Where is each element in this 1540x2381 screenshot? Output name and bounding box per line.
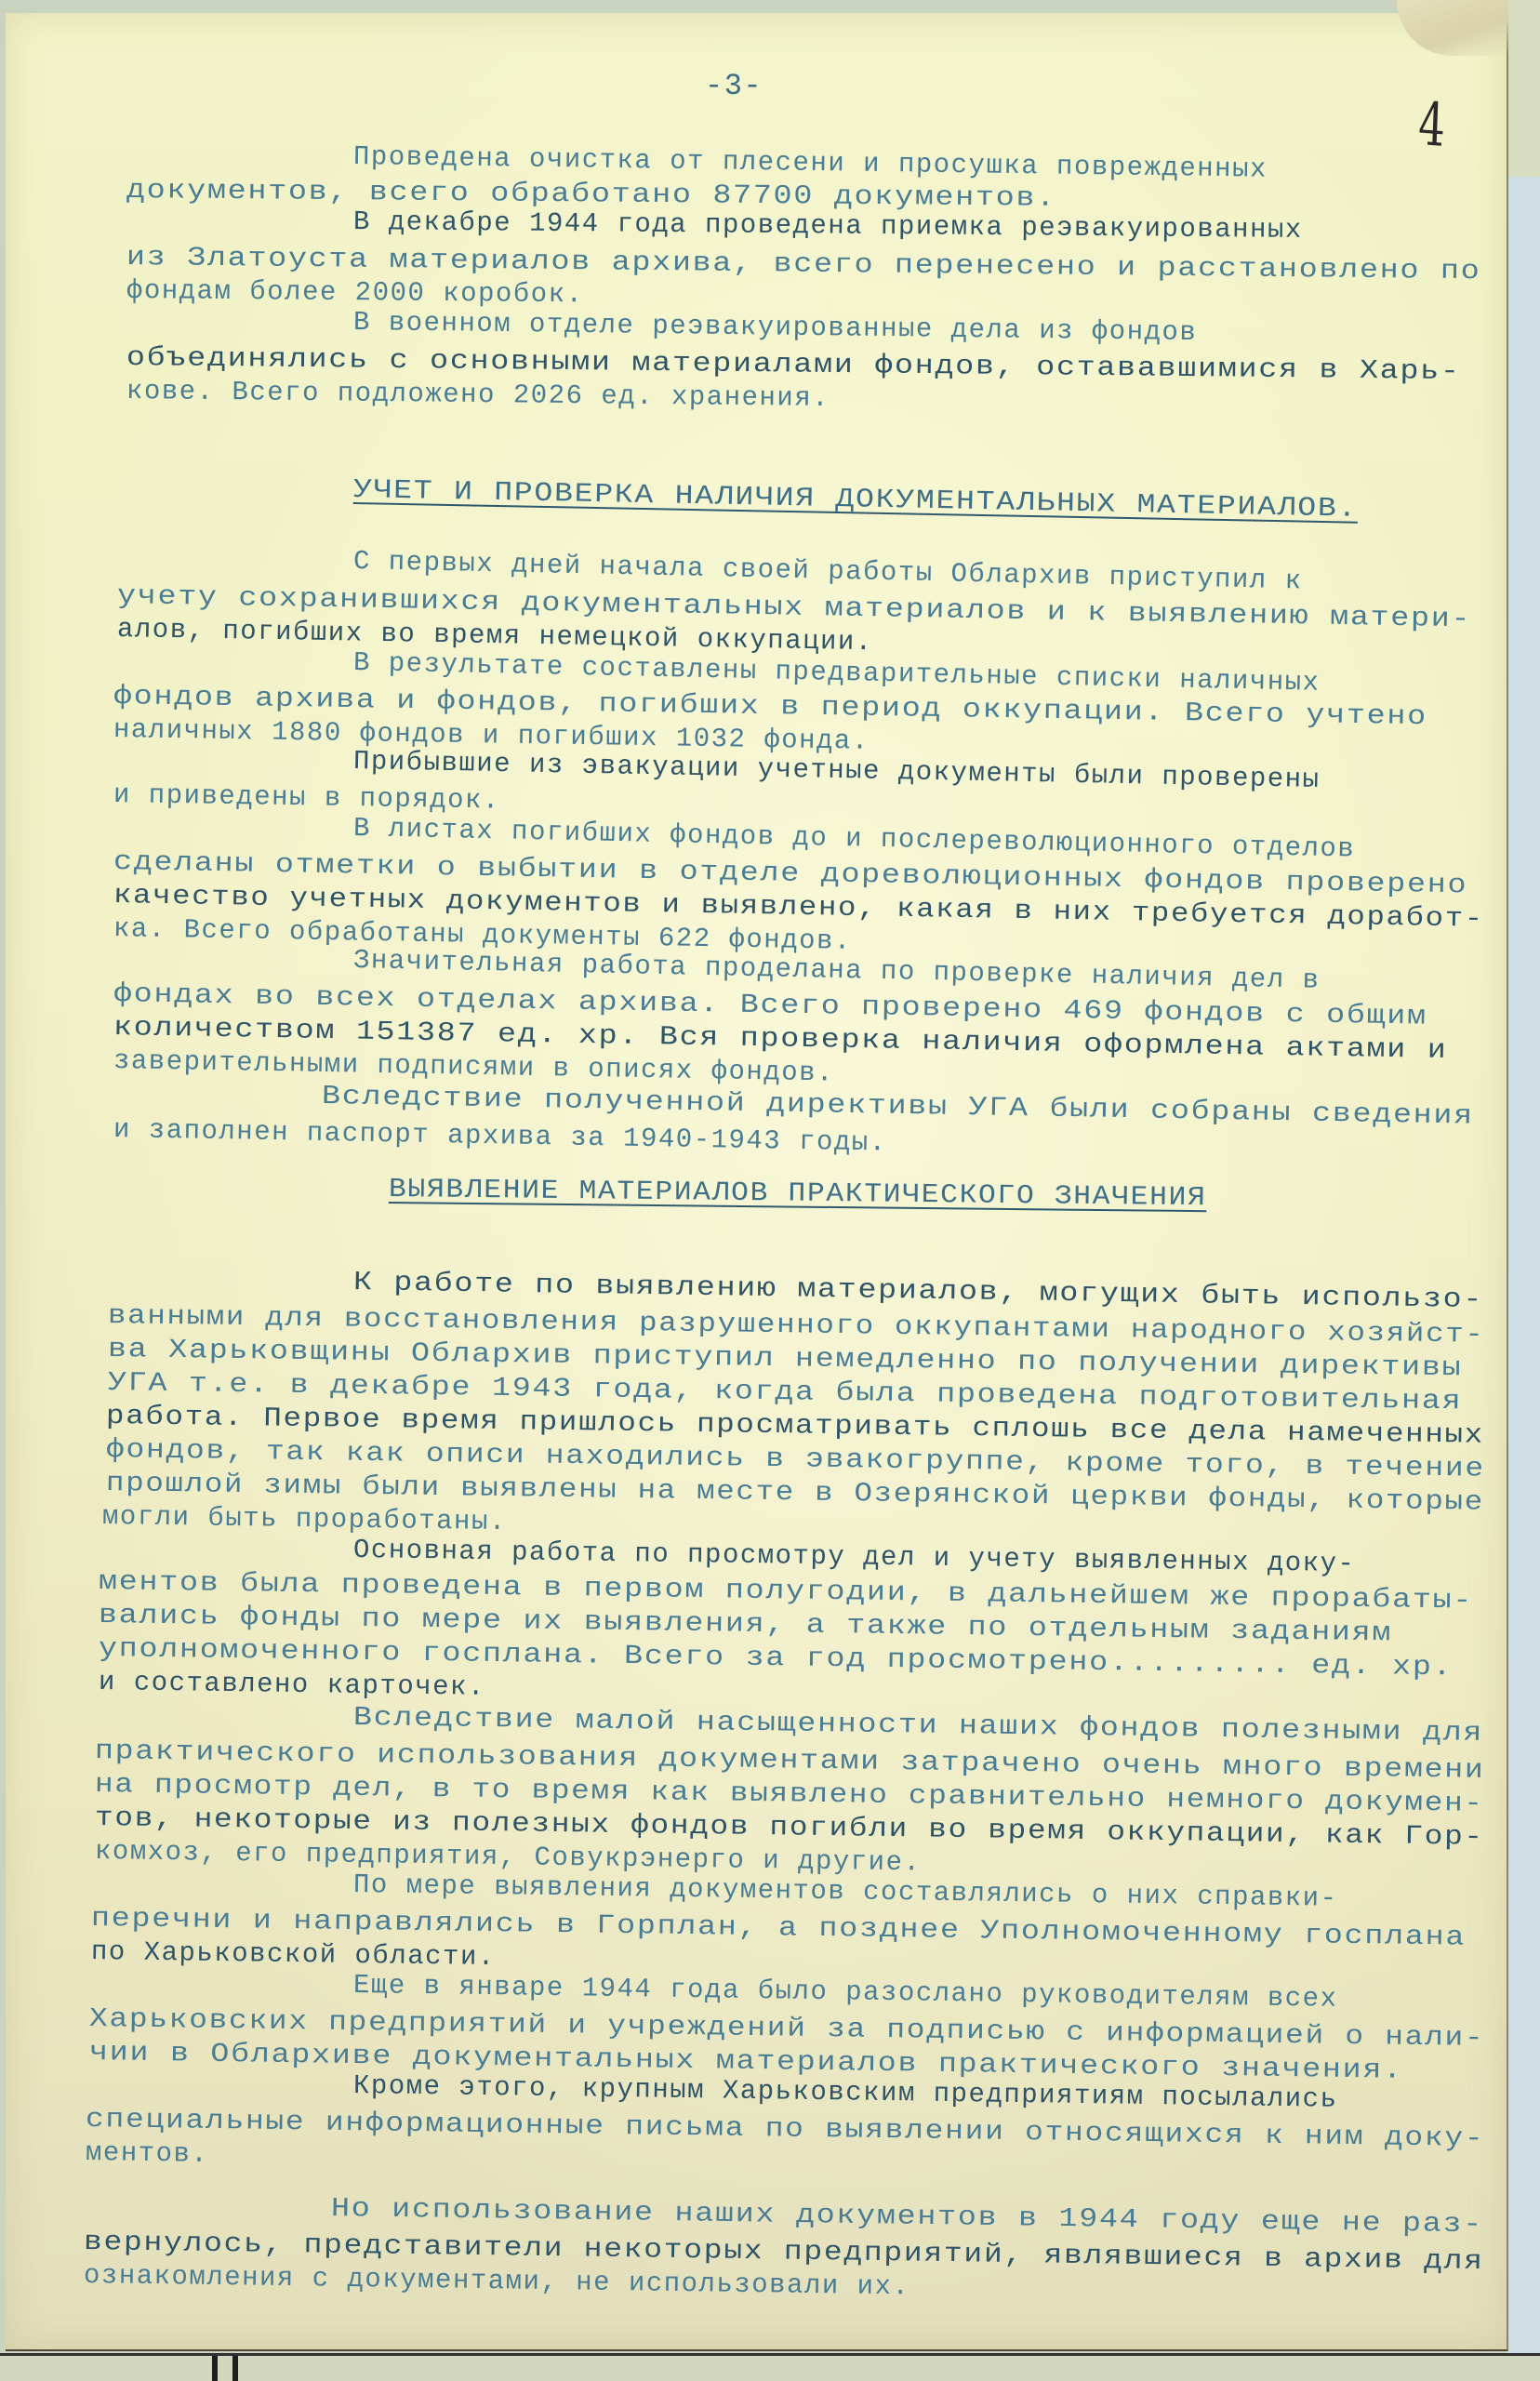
text-line: ознакомления с документами, не использов… bbox=[84, 2262, 910, 2300]
scanner-bed-edge bbox=[0, 2353, 1540, 2381]
text-line: Проведена очистка от плесени и просушка … bbox=[353, 143, 1268, 183]
text-line: комхоз, его предприятия, Совукрэнерго и … bbox=[95, 1838, 922, 1876]
handwritten-sheet-number: 4 bbox=[1417, 90, 1447, 161]
text-line: фондам более 2000 коробок. bbox=[126, 277, 584, 308]
text-line: документов, всего обработано 87700 докум… bbox=[126, 177, 1056, 212]
text-line: В военном отделе реэвакуированные дела и… bbox=[353, 309, 1198, 346]
text-line: В декабре 1944 года проведена приемка ре… bbox=[353, 208, 1303, 244]
text-line: по Харьковской области. bbox=[91, 1938, 496, 1971]
text-line: По мере выявления документов составлялис… bbox=[353, 1871, 1338, 1912]
text-line: ментов. bbox=[86, 2139, 209, 2168]
text-line: и составлено карточек. bbox=[99, 1669, 485, 1701]
text-line: Еще в январе 1944 года было разослано ру… bbox=[353, 1972, 1338, 2013]
page-text: -3- 4 Проведена очистка от плесени и про… bbox=[6, 13, 1507, 2349]
text-line: и заполнен паспорт архива за 1940-1943 г… bbox=[113, 1116, 887, 1157]
text-line: могли быть проработаны. bbox=[102, 1503, 507, 1536]
section-heading: ВЫЯВЛЕНИЕ МАТЕРИАЛОВ ПРАКТИЧЕСКОГО ЗНАЧЕ… bbox=[389, 1176, 1207, 1211]
binding-clip bbox=[212, 2356, 218, 2381]
binding-clip bbox=[232, 2356, 238, 2381]
section-heading: УЧЕТ И ПРОВЕРКА НАЛИЧИЯ ДОКУМЕНТАЛЬНЫХ М… bbox=[353, 476, 1359, 523]
typewritten-page: -3- 4 Проведена очистка от плесени и про… bbox=[6, 13, 1508, 2351]
text-line: и приведены в порядок. bbox=[113, 781, 500, 815]
text-line: кове. Всего подложено 2026 ед. хранения. bbox=[126, 378, 830, 412]
scanner-background bbox=[1507, 0, 1540, 2381]
page-number: -3- bbox=[705, 69, 763, 103]
text-line: Вследствие малой насыщенности наших фонд… bbox=[353, 1704, 1484, 1747]
